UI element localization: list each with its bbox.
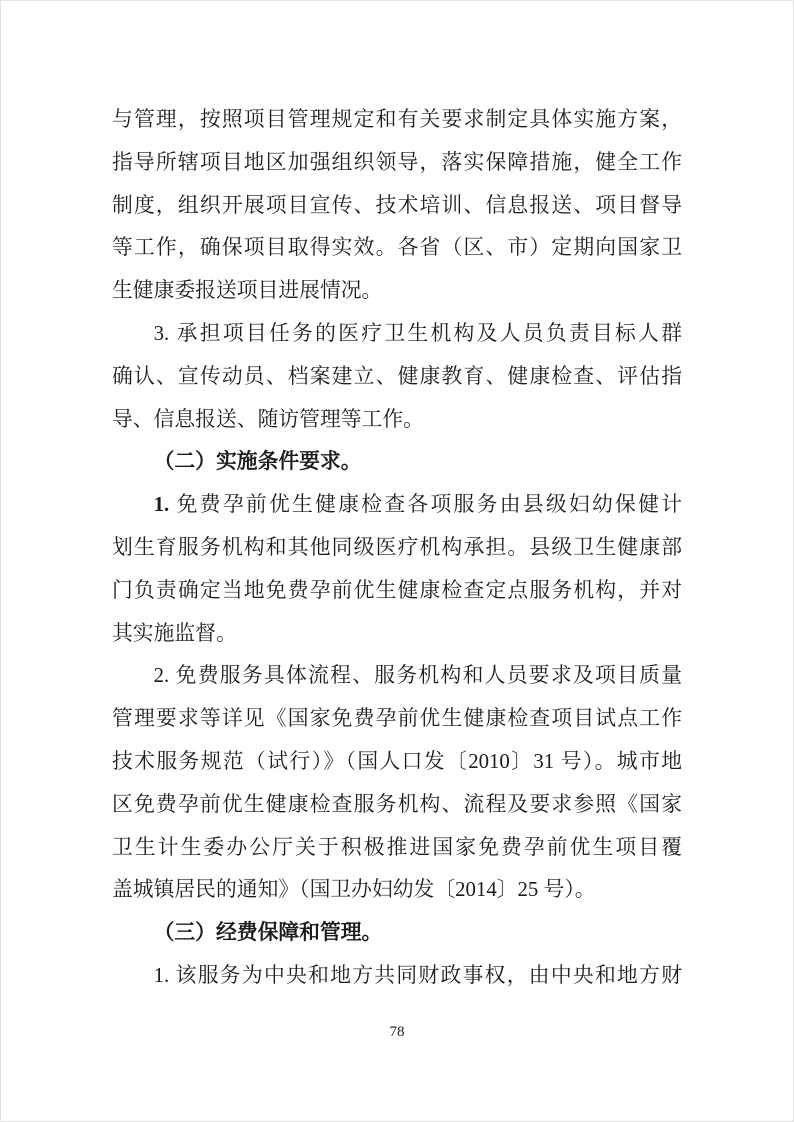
text-line: （三）经费保障和管理。 bbox=[112, 912, 682, 955]
page-footer: 78 bbox=[0, 1022, 794, 1042]
document-page: 与管理，按照项目管理规定和有关要求制定具体实施方案，指导所辖项目地区加强组织领导… bbox=[0, 0, 794, 1122]
text-line: 制度，组织开展项目宣传、技术培训、信息报送、项目督导 bbox=[112, 185, 682, 228]
text-line: 划生育服务机构和其他同级医疗机构承担。县级卫生健康部 bbox=[112, 527, 682, 570]
text-line: 1. 该服务为中央和地方共同财政事权，由中央和地方财 bbox=[112, 955, 682, 998]
text-line: 区免费孕前优生健康检查服务机构、流程及要求参照《国家 bbox=[112, 784, 682, 827]
text-line: （二）实施条件要求。 bbox=[112, 441, 682, 484]
text-line: 2. 免费服务具体流程、服务机构和人员要求及项目质量 bbox=[112, 655, 682, 698]
text-line: 门负责确定当地免费孕前优生健康检查定点服务机构，并对 bbox=[112, 570, 682, 613]
text-line: 确认、宣传动员、档案建立、健康教育、健康检查、评估指 bbox=[112, 356, 682, 399]
text-line: 1. 免费孕前优生健康检查各项服务由县级妇幼保健计 bbox=[112, 484, 682, 527]
text-line: 3. 承担项目任务的医疗卫生机构及人员负责目标人群 bbox=[112, 313, 682, 356]
text-line: 生健康委报送项目进展情况。 bbox=[112, 270, 682, 313]
text-line: 卫生计生委办公厅关于积极推进国家免费孕前优生项目覆 bbox=[112, 827, 682, 870]
page-number: 78 bbox=[390, 1024, 405, 1040]
list-number: 1. bbox=[154, 493, 170, 516]
text-line: 指导所辖项目地区加强组织领导，落实保障措施，健全工作 bbox=[112, 142, 682, 185]
document-body: 与管理，按照项目管理规定和有关要求制定具体实施方案，指导所辖项目地区加强组织领导… bbox=[112, 99, 682, 998]
text-line: 盖城镇居民的通知》（国卫办妇幼发〔2014〕25 号）。 bbox=[112, 869, 682, 912]
text-line: 管理要求等详见《国家免费孕前优生健康检查项目试点工作 bbox=[112, 698, 682, 741]
text-line: 与管理，按照项目管理规定和有关要求制定具体实施方案， bbox=[112, 99, 682, 142]
text-line: 等工作，确保项目取得实效。各省（区、市）定期向国家卫 bbox=[112, 227, 682, 270]
text-line: 技术服务规范（试行）》（国人口发〔2010〕31 号）。城市地 bbox=[112, 741, 682, 784]
text-line: 其实施监督。 bbox=[112, 613, 682, 656]
text-line: 导、信息报送、随访管理等工作。 bbox=[112, 399, 682, 442]
